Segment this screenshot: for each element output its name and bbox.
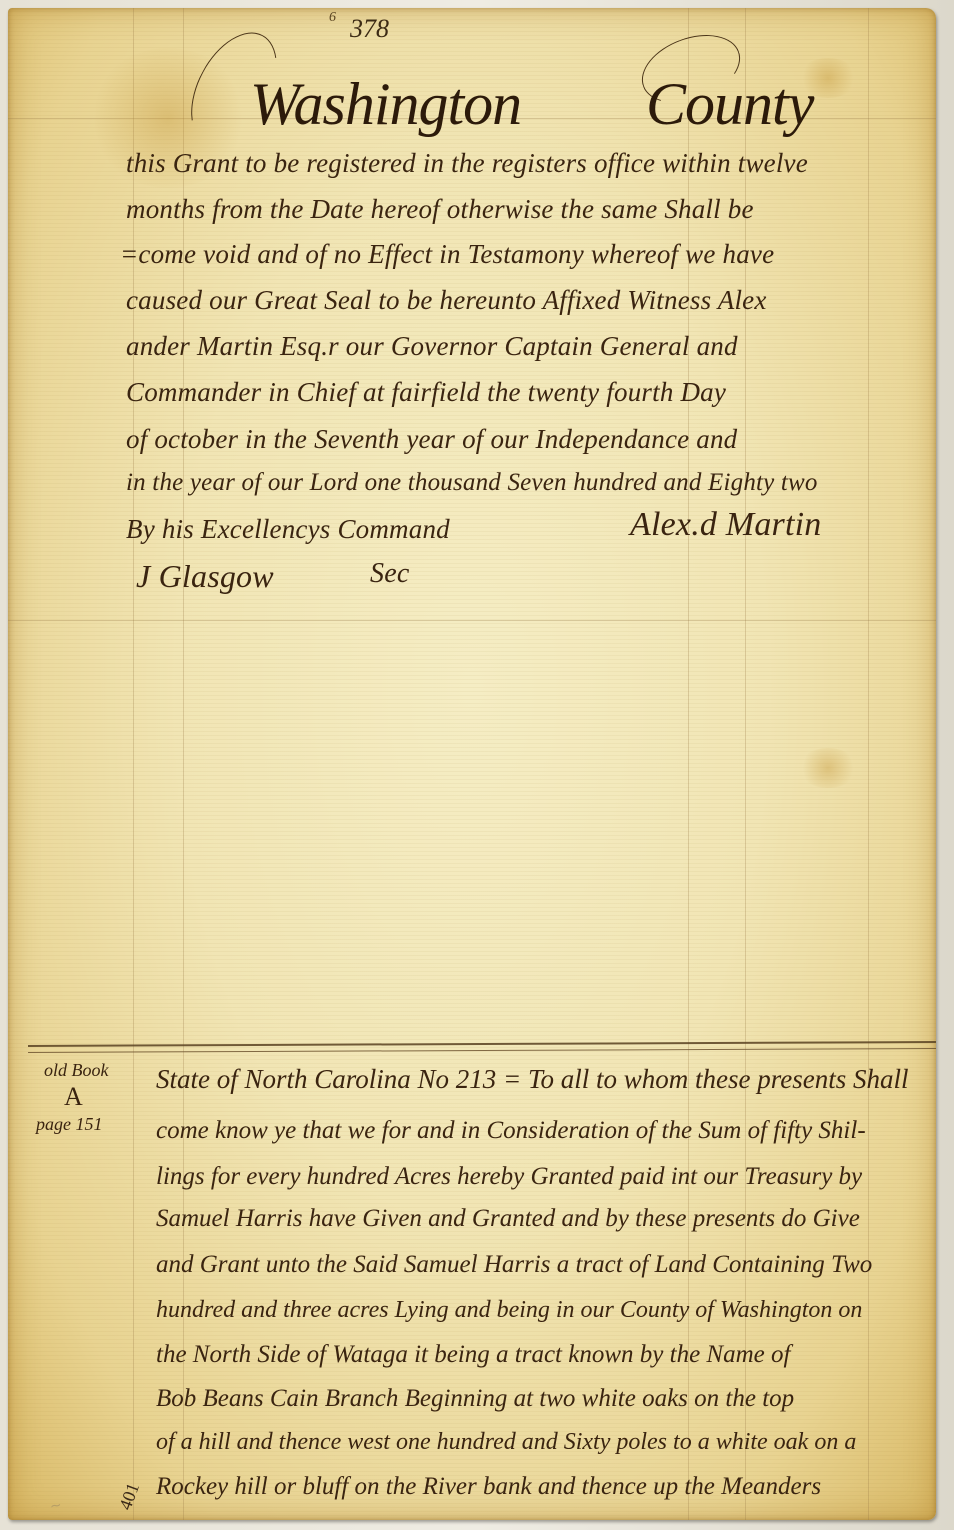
folio-prefix: 6	[329, 10, 336, 26]
heading-washington: Washington	[250, 70, 521, 139]
ruled-line	[688, 8, 689, 1520]
section-divider	[28, 1041, 936, 1053]
text-line: Bob Beans Cain Branch Beginning at two w…	[156, 1386, 794, 1411]
text-line: hundred and three acres Lying and being …	[156, 1298, 862, 1322]
margin-note-volume: A	[64, 1082, 83, 1112]
governor-signature: Alex.d Martin	[630, 508, 821, 542]
pencil-mark: ~	[49, 1497, 63, 1515]
ruled-line	[8, 620, 936, 621]
text-line: the North Side of Wataga it being a trac…	[156, 1342, 790, 1367]
secretary-title: Sec	[370, 560, 409, 588]
text-line: ander Martin Esq.r our Governor Captain …	[126, 333, 738, 360]
margin-note-book: old Book	[44, 1060, 109, 1081]
folio-number: 378	[350, 14, 389, 44]
ruled-line	[745, 8, 746, 1520]
text-line: caused our Great Seal to be hereunto Aff…	[126, 287, 767, 314]
heading-county: County	[646, 70, 813, 139]
command-line: By his Excellencys Command	[126, 516, 450, 543]
text-line: Commander in Chief at fairfield the twen…	[126, 379, 726, 406]
margin-note-page: page 151	[36, 1114, 103, 1135]
secretary-signature: J Glasgow	[136, 560, 274, 592]
ruled-line	[183, 8, 184, 1520]
bottom-margin-number: 401	[115, 1480, 144, 1513]
text-line: Samuel Harris have Given and Granted and…	[156, 1206, 860, 1231]
text-line: and Grant unto the Said Samuel Harris a …	[156, 1252, 872, 1277]
text-line: Rockey hill or bluff on the River bank a…	[156, 1474, 821, 1499]
stain	[798, 748, 858, 788]
text-line: months from the Date hereof otherwise th…	[126, 196, 754, 223]
text-line: come know ye that we for and in Consider…	[156, 1118, 866, 1143]
text-line: of a hill and thence west one hundred an…	[156, 1430, 856, 1454]
text-line: this Grant to be registered in the regis…	[126, 150, 808, 177]
ruled-line	[133, 8, 134, 1520]
text-line: of october in the Seventh year of our In…	[126, 426, 737, 453]
text-line: State of North Carolina No 213 = To all …	[156, 1066, 909, 1093]
manuscript-page: 6 378 Washington County this Grant to be…	[8, 8, 936, 1520]
ruled-line	[868, 8, 869, 1520]
text-line: in the year of our Lord one thousand Sev…	[126, 470, 818, 495]
text-line: lings for every hundred Acres hereby Gra…	[156, 1164, 862, 1189]
text-line: =come void and of no Effect in Testamony…	[120, 241, 774, 268]
